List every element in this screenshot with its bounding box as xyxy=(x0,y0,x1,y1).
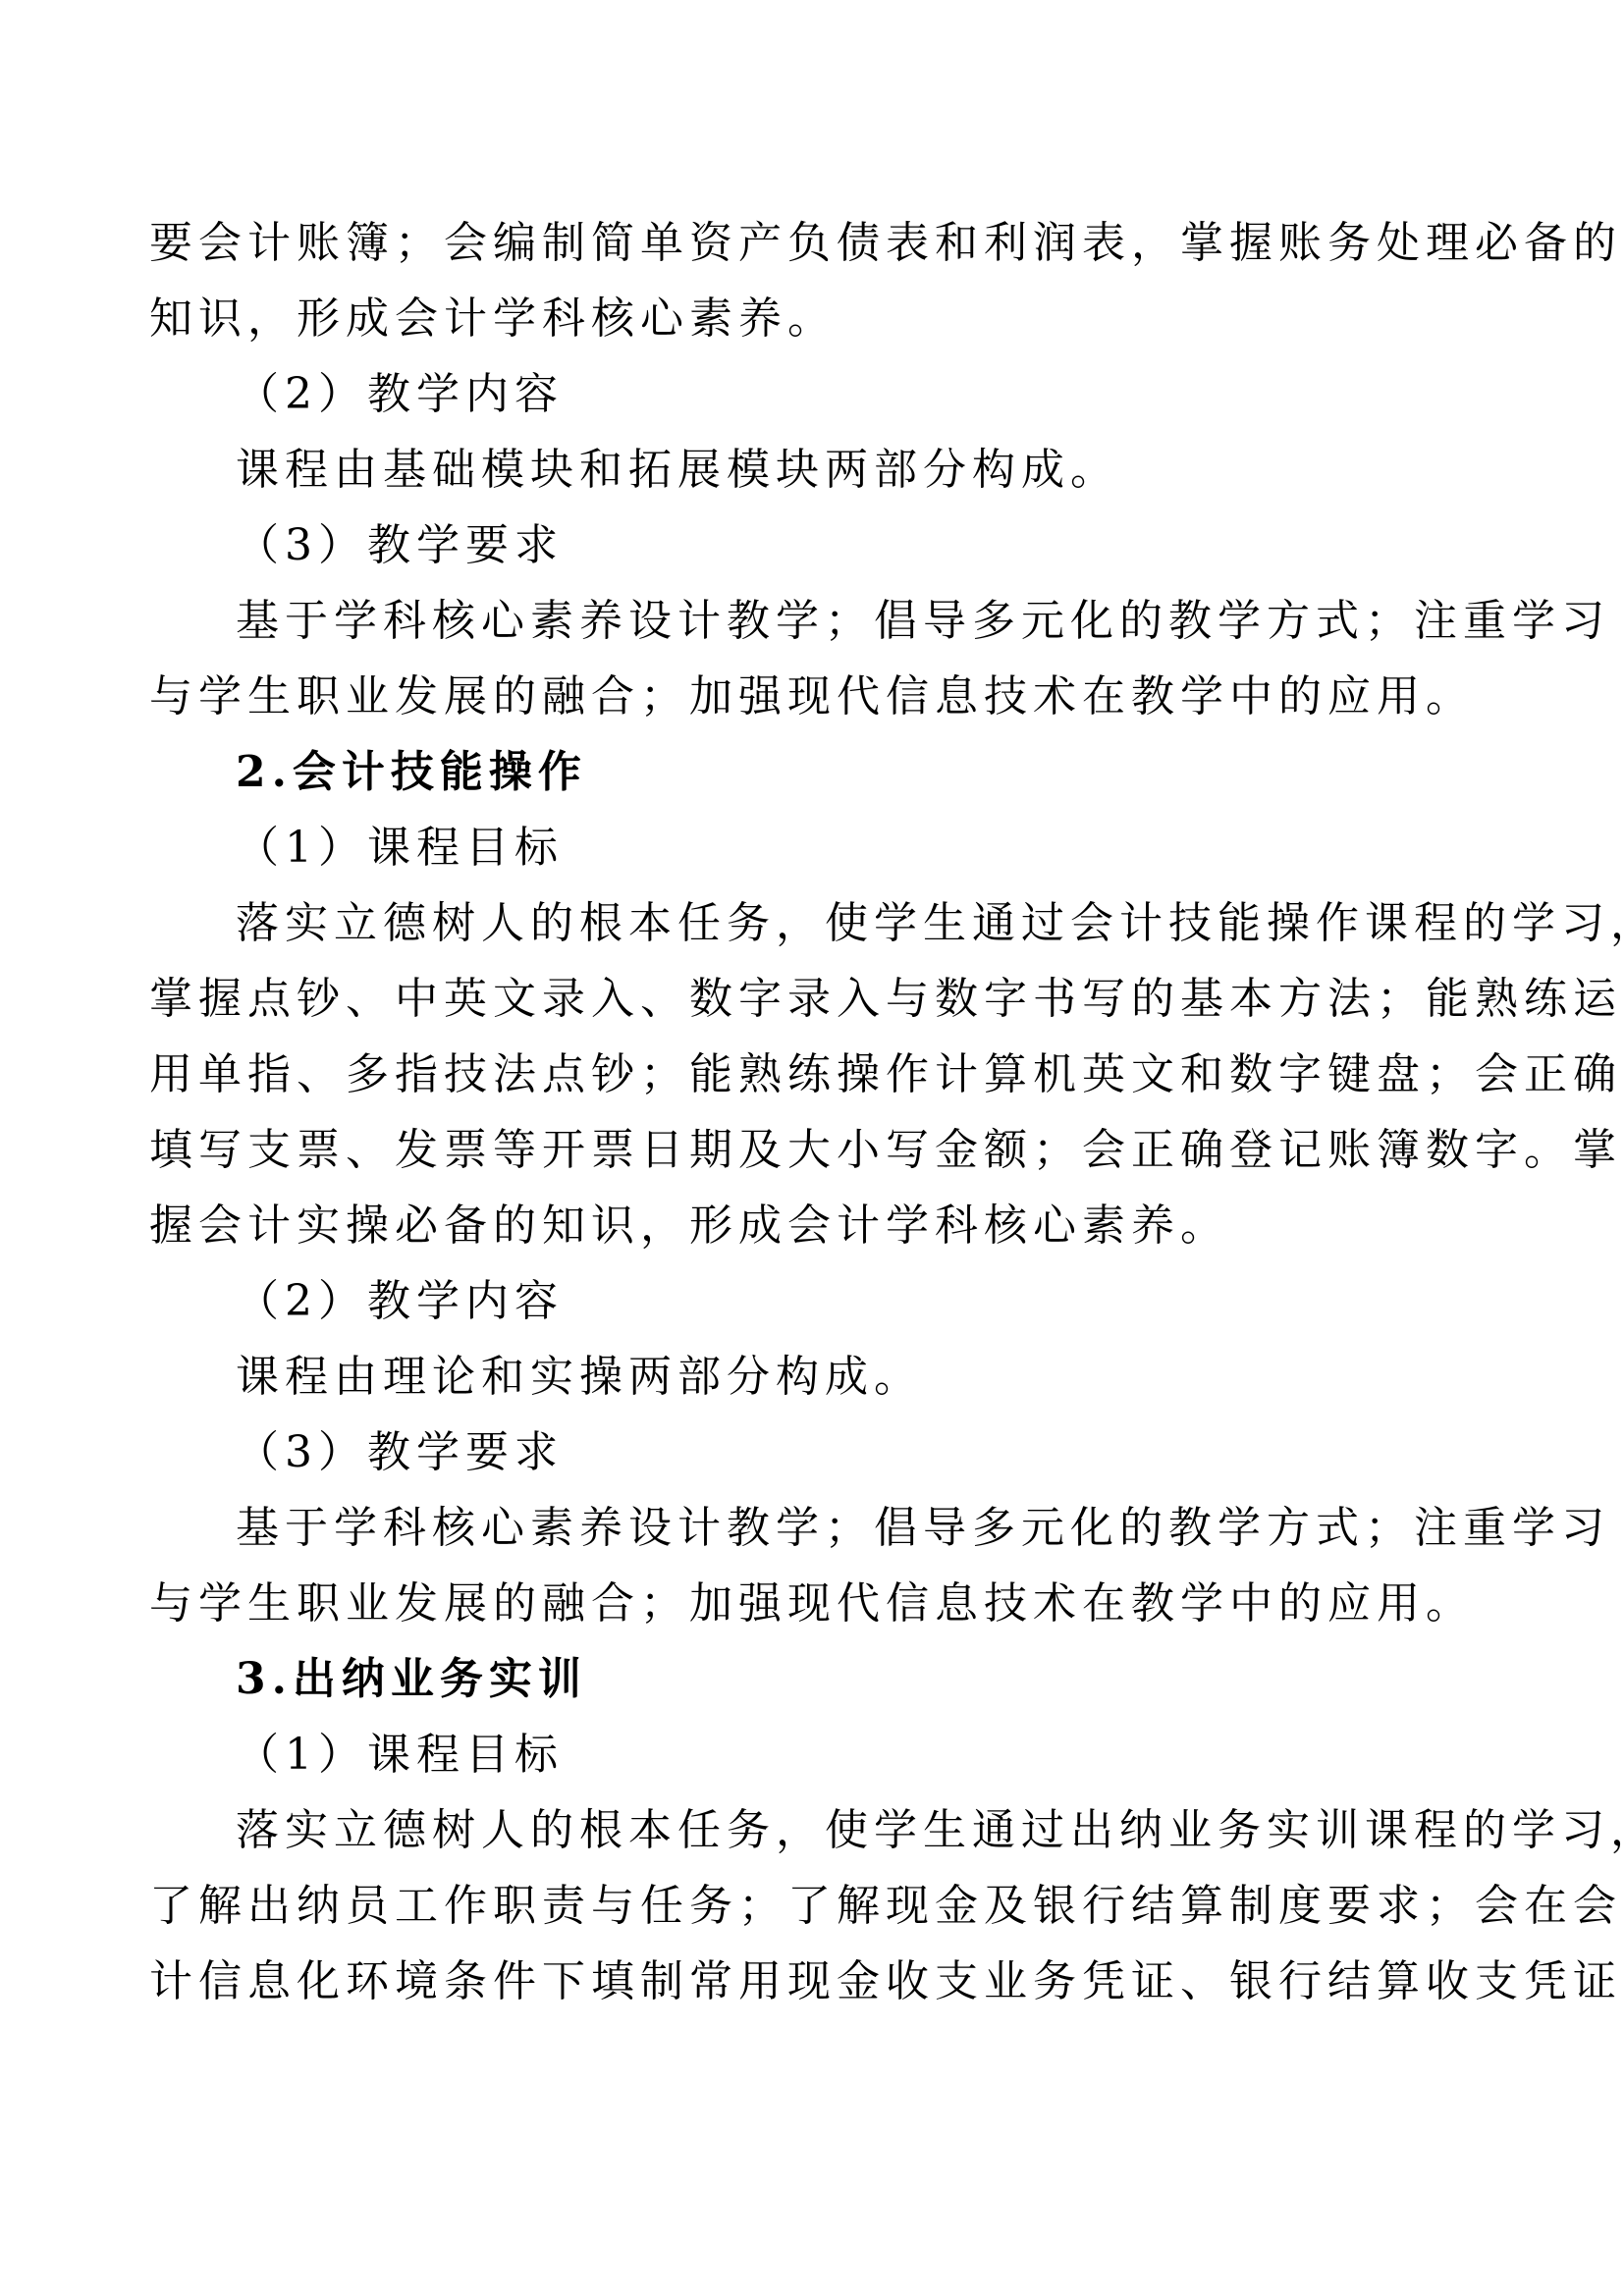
body-line: 掌握点钞、中英文录入、数字录入与数字书写的基本方法；能熟练运 xyxy=(149,974,1485,1025)
section-heading: 3.出纳业务实训 xyxy=(236,1654,1571,1705)
paragraph-start: 落实立德树人的根本任务，使学生通过会计技能操作课程的学习， xyxy=(236,898,1571,949)
section-heading: 2.会计技能操作 xyxy=(236,747,1571,798)
body-line: 了解出纳员工作职责与任务；了解现金及银行结算制度要求；会在会 xyxy=(149,1881,1485,1932)
subsection-title: （3）教学要求 xyxy=(236,520,1571,571)
document-page: 要会计账簿；会编制简单资产负债表和利润表，掌握账务处理必备的 知识，形成会计学科… xyxy=(0,0,1624,2296)
subsection-title: （2）教学内容 xyxy=(236,369,1571,420)
body-line: 填写支票、发票等开票日期及大小写金额；会正确登记账簿数字。掌 xyxy=(149,1125,1485,1176)
body-line: 与学生职业发展的融合；加强现代信息技术在教学中的应用。 xyxy=(149,671,1485,722)
subsection-title: （1）课程目标 xyxy=(236,1730,1571,1781)
paragraph-start: 基于学科核心素养设计教学；倡导多元化的教学方式；注重学习 xyxy=(236,596,1571,647)
paragraph-start: 课程由理论和实操两部分构成。 xyxy=(236,1352,1571,1403)
body-line: 计信息化环境条件下填制常用现金收支业务凭证、银行结算收支凭证； xyxy=(149,1956,1485,2007)
body-line: 握会计实操必备的知识，形成会计学科核心素养。 xyxy=(149,1201,1485,1252)
subsection-title: （3）教学要求 xyxy=(236,1427,1571,1478)
body-line: 与学生职业发展的融合；加强现代信息技术在教学中的应用。 xyxy=(149,1578,1485,1629)
body-line: 用单指、多指技法点钞；能熟练操作计算机英文和数字键盘；会正确 xyxy=(149,1049,1485,1100)
paragraph-start: 课程由基础模块和拓展模块两部分构成。 xyxy=(236,445,1571,496)
body-line: 要会计账簿；会编制简单资产负债表和利润表，掌握账务处理必备的 xyxy=(149,218,1485,269)
paragraph-start: 基于学科核心素养设计教学；倡导多元化的教学方式；注重学习 xyxy=(236,1503,1571,1554)
subsection-title: （1）课程目标 xyxy=(236,823,1571,874)
paragraph-start: 落实立德树人的根本任务，使学生通过出纳业务实训课程的学习， xyxy=(236,1805,1571,1856)
body-line: 知识，形成会计学科核心素养。 xyxy=(149,294,1485,345)
subsection-title: （2）教学内容 xyxy=(236,1276,1571,1327)
